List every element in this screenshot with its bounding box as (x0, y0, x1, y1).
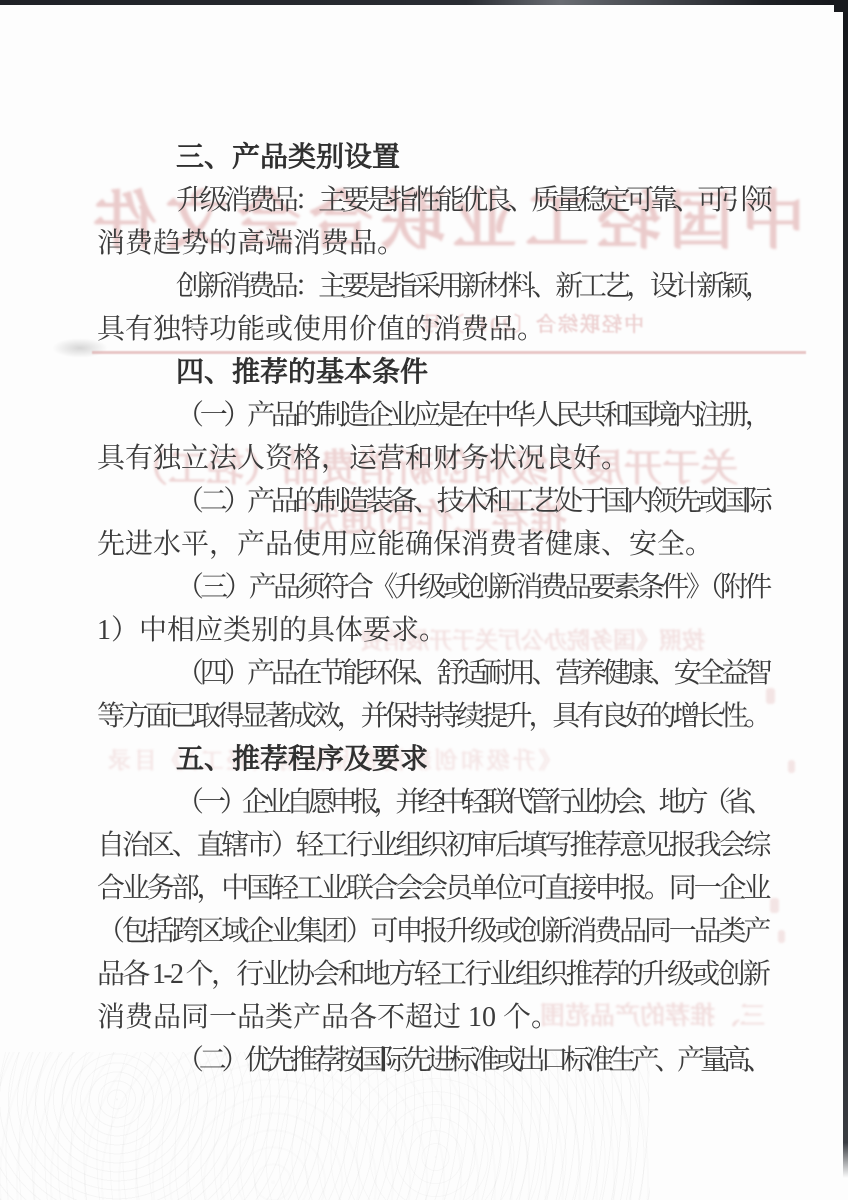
scan-corner-notch (834, 0, 848, 12)
text-line: （一）企业自愿申报，并经中轻联代管行业协会、地方（省、 (97, 781, 771, 824)
text-line: 四、推荐的基本条件 (97, 351, 771, 394)
text-line: 具有独特功能或使用价值的消费品。 (97, 308, 771, 351)
document-text: 三、产品类别设置升级消费品：主要是指性能优良、质量稳定可靠、可引领消费趋势的高端… (97, 136, 771, 1082)
bleed-mark (778, 930, 785, 943)
text-line: 三、产品类别设置 (97, 136, 771, 179)
text-line: （四）产品在节能环保、舒适耐用、营养健康、安全益智 (97, 652, 771, 695)
text-line: （一）产品的制造企业应是在中华人民共和国境内注册， (97, 394, 771, 437)
text-line: 1）中相应类别的具体要求。 (97, 609, 771, 652)
text-line: 先进水平，产品使用应能确保消费者健康、安全。 (97, 523, 771, 566)
text-line: （二）产品的制造装备、技术和工艺处于国内领先或国际 (97, 480, 771, 523)
text-line: （包括跨区域企业集团）可申报升级或创新消费品同一品类产 (97, 910, 771, 953)
text-line: 合业务部，中国轻工业联合会会员单位可直接申报。同一企业 (97, 867, 771, 910)
scanned-document-page: { "page_background": "#fdfdfd", "ink_col… (0, 0, 848, 1200)
text-line: 具有独立法人资格，运营和财务状况良好。 (97, 437, 771, 480)
text-line: 五、推荐程序及要求 (97, 738, 771, 781)
text-line: 品各 1-2 个，行业协会和地方轻工行业组织推荐的升级或创新 (97, 953, 771, 996)
text-line: （三）产品须符合《升级或创新消费品要素条件》（附件 (97, 566, 771, 609)
text-line: 等方面已取得显著成效，并保持持续提升，具有良好的增长性。 (97, 695, 771, 738)
text-line: 创新消费品：主要是指采用新材料、新工艺，设计新颖， (97, 265, 771, 308)
bleed-mark (770, 898, 779, 913)
text-line: 消费趋势的高端消费品。 (97, 222, 771, 265)
scan-top-edge (0, 0, 848, 5)
text-line: 升级消费品：主要是指性能优良、质量稳定可靠、可引领 (97, 179, 771, 222)
text-line: 自治区、直辖市）轻工行业组织初审后填写推荐意见报我会综 (97, 824, 771, 867)
bleed-mark (788, 760, 795, 773)
text-line: 消费品同一品类产品各不超过 10 个。 (97, 996, 771, 1039)
text-line: （二）优先推荐按国际先进标准或出口标准生产、产量高、 (97, 1039, 771, 1082)
scan-right-edge (843, 0, 848, 1178)
